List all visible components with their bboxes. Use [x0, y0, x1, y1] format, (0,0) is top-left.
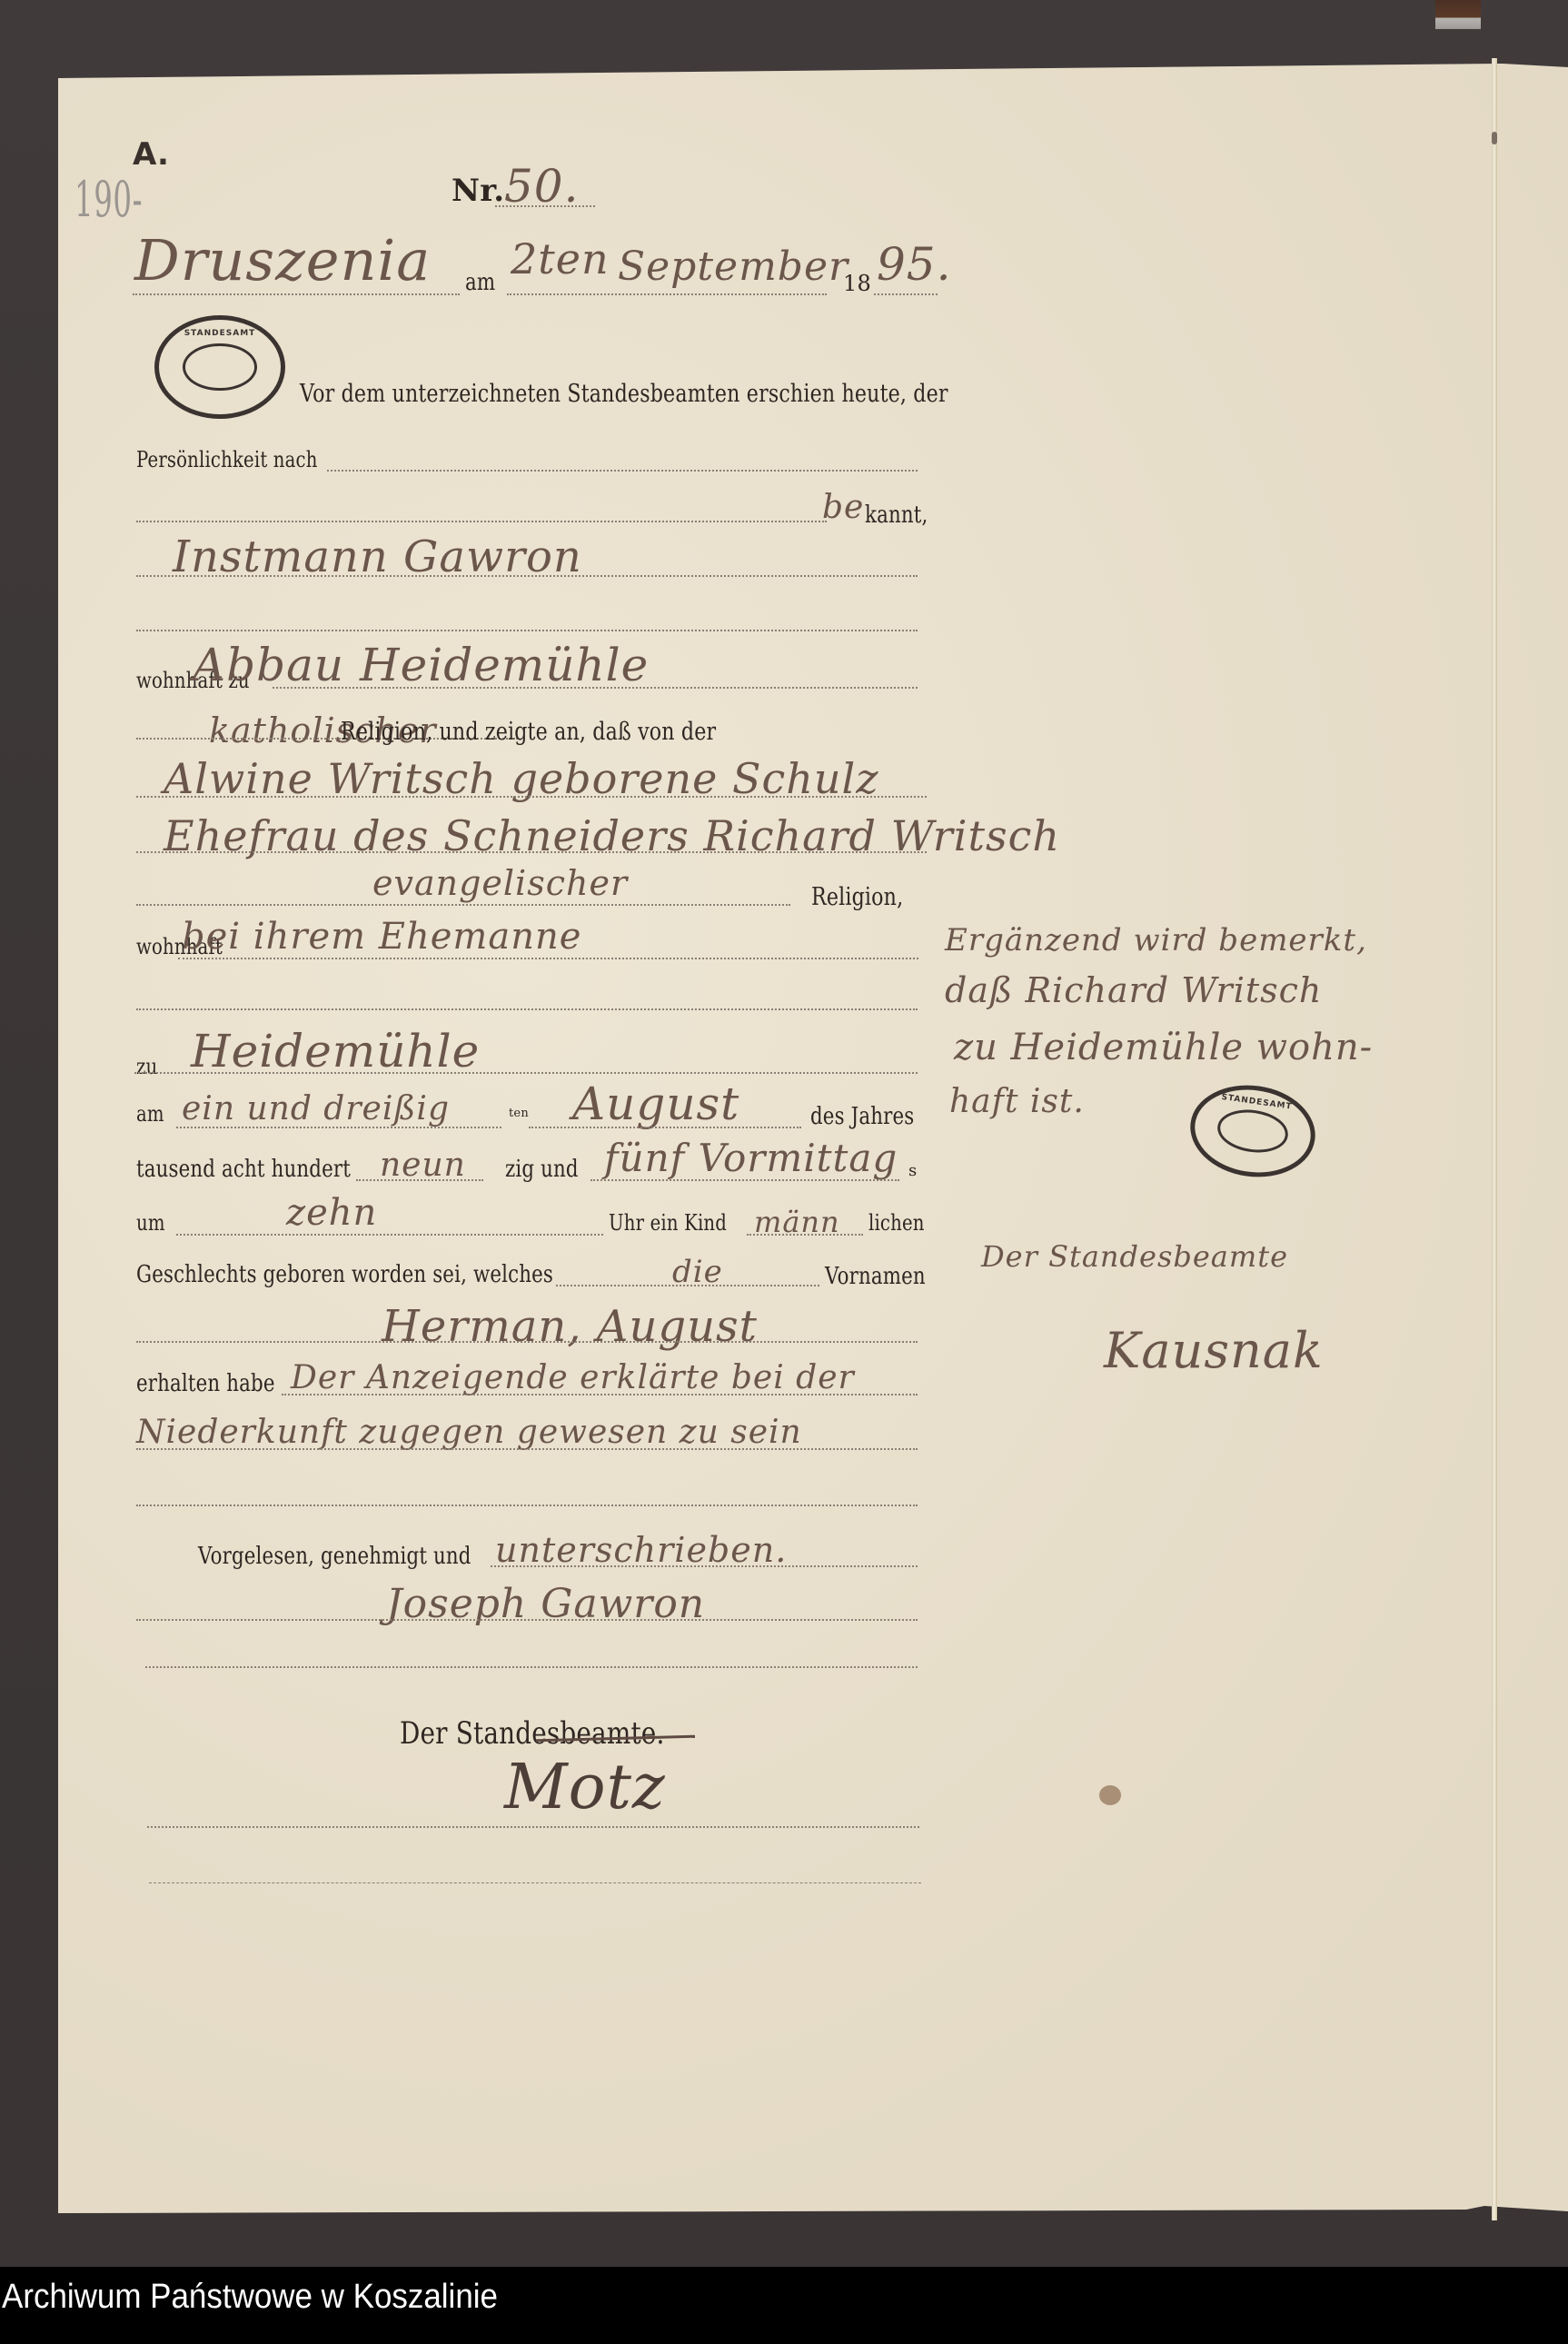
archive-footer-band: Archiwum Państwowe w Koszalinie	[0, 2267, 1568, 2344]
standesbeamte-label: Der Standesbeamte.	[400, 1715, 665, 1752]
am-birth-label: am	[136, 1101, 164, 1127]
stamp-inner-ring	[1215, 1106, 1290, 1157]
stamp-text: STANDESAMT	[184, 329, 256, 338]
year-unit: fünf Vormittag	[604, 1136, 898, 1180]
bottom-rule	[149, 1882, 921, 1883]
blank-line-3	[136, 1505, 918, 1506]
mother-spouse-line	[136, 851, 927, 853]
page-gutter-fold	[1492, 58, 1497, 2220]
mother-residence: bei ihrem Ehemanne	[182, 916, 581, 958]
s-suffix: s	[908, 1161, 917, 1180]
month: September	[618, 243, 849, 290]
informant-residence: Abbau Heidemühle	[193, 639, 649, 691]
mother-religion-line	[136, 904, 790, 906]
uhr-kind-label: Uhr ein Kind	[609, 1210, 727, 1236]
ink-spot	[1099, 1785, 1121, 1805]
binding-thread	[1435, 0, 1481, 29]
official-signature: Motz	[504, 1752, 666, 1823]
bekannt-line	[136, 521, 827, 522]
archive-name: Archiwum Państwowe w Koszalinie	[2, 2278, 498, 2317]
lichen-label: lichen	[868, 1210, 925, 1236]
decade: neun	[380, 1147, 466, 1184]
register-number: 50.	[504, 160, 580, 213]
official-stamp-top: STANDESAMT	[154, 315, 285, 419]
margin-note-line-3: zu Heidemühle wohn-	[954, 1027, 1373, 1068]
date-line	[507, 293, 827, 295]
geschlechts-label: Geschlechts geboren worden sei, welches	[136, 1261, 553, 1288]
tausend-label: tausend acht hundert	[136, 1156, 351, 1183]
mother-religion: evangelischer	[372, 863, 628, 903]
margin-note-line-4: haft ist.	[949, 1083, 1085, 1120]
ten-label: ten	[509, 1107, 529, 1120]
margin-note-title: Der Standesbeamte	[981, 1239, 1288, 1274]
year-unit-line	[590, 1179, 899, 1181]
vorgelesen-label: Vorgelesen, genehmigt und	[198, 1543, 471, 1570]
pencil-folio-number: 190-	[74, 171, 143, 228]
margin-note-line-1: Ergänzend wird bemerkt,	[945, 922, 1367, 958]
unterschrieben: unterschrieben.	[495, 1530, 787, 1570]
mother-name-line	[136, 796, 927, 798]
margin-note-line-2: daß Richard Writsch	[945, 970, 1322, 1010]
unterschrieben-line	[491, 1565, 918, 1567]
birth-place: Heidemühle	[191, 1025, 480, 1078]
article: die	[672, 1254, 723, 1290]
margin-note-signature: Kausnak	[1104, 1322, 1324, 1379]
note-line-2: Niederkunft zugegen gewesen zu sein	[136, 1414, 802, 1451]
note-line-2-rule	[136, 1448, 918, 1450]
birth-month: August	[572, 1078, 739, 1130]
religion-text-line: Religion, und zeigte an, daß von der	[341, 718, 716, 746]
zu-label: zu	[136, 1054, 157, 1079]
blank-line-2	[136, 1008, 918, 1010]
informant-name-line	[136, 575, 918, 577]
religion-label: Religion,	[811, 883, 903, 911]
vornamen-label: Vornamen	[825, 1263, 926, 1290]
informant-signature-line	[136, 1619, 918, 1621]
year-line	[874, 293, 938, 295]
note-line-1: Der Anzeigende erklärte bei der	[291, 1359, 855, 1396]
day: 2ten	[511, 234, 610, 283]
year-suffix: 95.	[877, 238, 952, 291]
birth-month-line	[529, 1127, 801, 1128]
sex-line	[747, 1234, 863, 1236]
am-label: am	[465, 269, 495, 296]
birth-hour: zehn	[286, 1192, 377, 1234]
stamp-text: STANDESAMT	[1221, 1093, 1293, 1112]
persoenlichkeit-label: Persönlichkeit nach	[136, 447, 318, 472]
birth-day-line	[176, 1127, 501, 1128]
bekannt-prefix: be	[822, 489, 864, 526]
mother-residence-line	[178, 958, 918, 959]
section-letter: A.	[133, 136, 169, 173]
blank-line-1	[136, 630, 918, 631]
official-signature-line	[147, 1826, 919, 1828]
blank-line-4	[145, 1666, 918, 1668]
des-jahres-label: des Jahres	[810, 1103, 914, 1130]
place-name: Druszenia	[134, 227, 431, 293]
gutter-mark	[1492, 132, 1497, 144]
zig-und-label: zig und	[505, 1156, 579, 1183]
register-number-label: Nr.	[452, 173, 504, 209]
birth-place-line	[134, 1072, 918, 1074]
birth-day: ein und dreißig	[182, 1090, 450, 1127]
stamp-inner-ring	[183, 343, 256, 391]
erhalten-label: erhalten habe	[136, 1370, 275, 1397]
note-line-1-rule	[282, 1394, 918, 1395]
persoenlichkeit-line	[327, 470, 918, 472]
birth-hour-line	[176, 1234, 603, 1236]
place-line	[133, 293, 460, 295]
decade-line	[356, 1179, 483, 1181]
informant-residence-line	[273, 687, 918, 689]
child-names: Herman, August	[382, 1301, 758, 1352]
bekannt-label: kannt,	[865, 502, 928, 529]
um-label: um	[136, 1210, 165, 1236]
year-prefix: 18	[843, 271, 871, 296]
child-names-line	[136, 1341, 918, 1343]
intro-text: Vor dem unterzeichneten Standesbeamten e…	[300, 380, 948, 408]
